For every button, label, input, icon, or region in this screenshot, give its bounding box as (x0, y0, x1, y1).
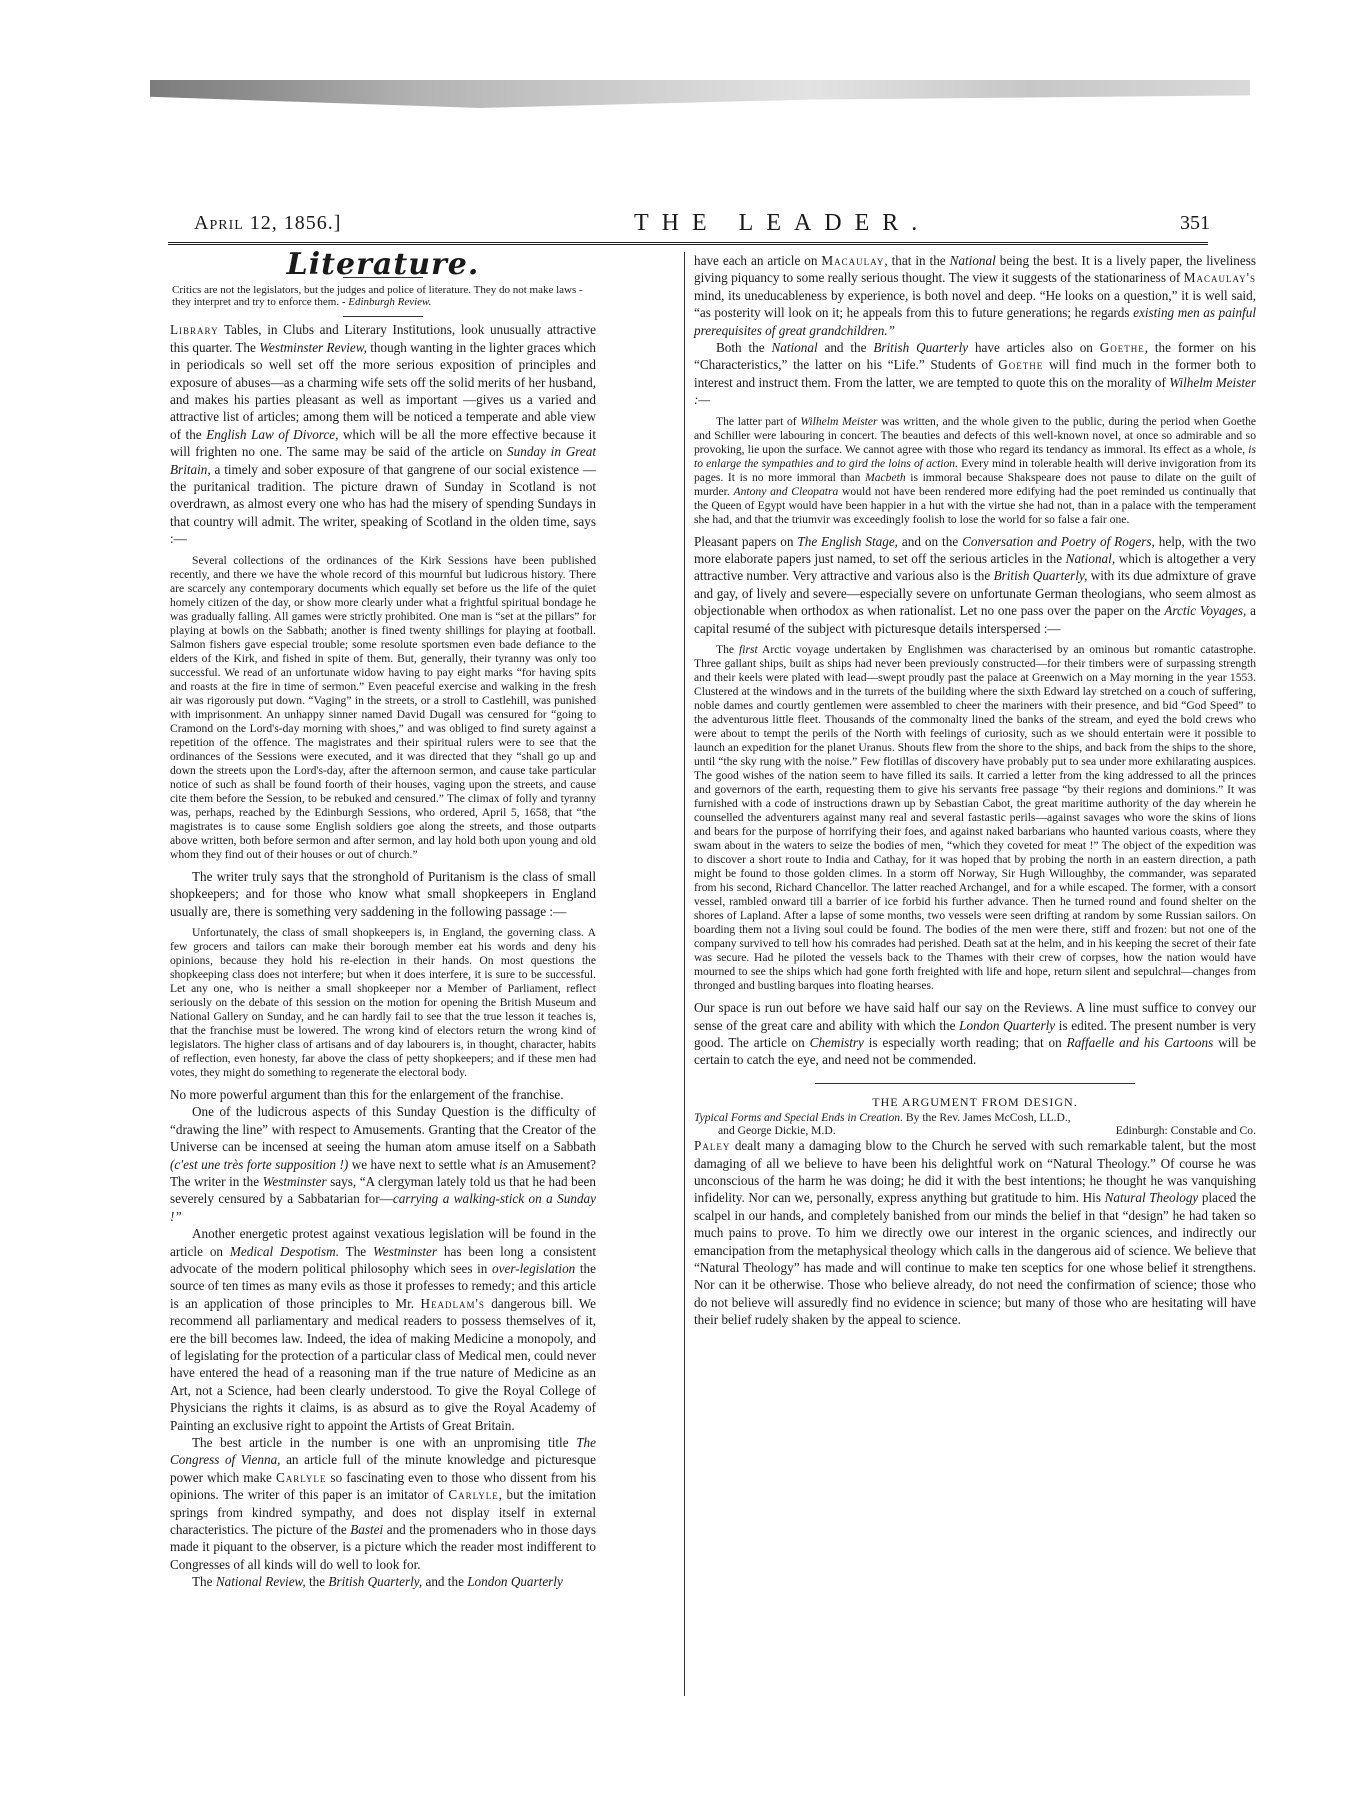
section-title: Literature. (170, 256, 596, 273)
paragraph: One of the ludicrous aspects of this Sun… (170, 1103, 596, 1225)
issue-date: April 12, 1856.] (194, 212, 341, 235)
paragraph: Another energetic protest against vexati… (170, 1225, 596, 1434)
page-number: 351 (1180, 212, 1210, 235)
review-body: Paley dealt many a damaging blow to the … (694, 1137, 1256, 1328)
paragraph: Both the National and the British Quarte… (694, 339, 1256, 409)
block-quote: The first Arctic voyage undertaken by En… (694, 643, 1256, 993)
epigraph-rule (343, 316, 423, 317)
book-title: Typical Forms and Special Ends in Creati… (694, 1111, 903, 1124)
left-column: Literature. Critics are not the legislat… (170, 252, 596, 1591)
block-quote: Unfortunately, the class of small shopke… (170, 926, 596, 1080)
masthead: April 12, 1856.] THE LEADER. 351 (194, 210, 1240, 240)
epigraph: Critics are not the legislators, but the… (170, 284, 596, 308)
epigraph-source: - Edinburgh Review. (342, 296, 432, 308)
paragraph: Library Tables, in Clubs and Literary In… (170, 321, 596, 547)
book-authors: By the Rev. James McCosh, LL.D., (903, 1111, 1071, 1124)
scan-artifact-band (150, 80, 1250, 108)
block-quote: The latter part of Wilhelm Meister was w… (694, 415, 1256, 527)
paragraph: No more powerful argument than this for … (170, 1086, 596, 1103)
paragraph: Pleasant papers on The English Stage, an… (694, 533, 1256, 637)
paragraph: have each an article on Macaulay, that i… (694, 252, 1256, 339)
paragraph: The best article in the number is one wi… (170, 1434, 596, 1573)
paragraph: The writer truly says that the stronghol… (170, 868, 596, 920)
book-coauthor: and George Dickie, M.D. (694, 1124, 836, 1137)
book-publisher: Edinburgh: Constable and Co. (1116, 1124, 1256, 1137)
drop-lead: Library (170, 322, 219, 337)
newspaper-title: THE LEADER. (634, 210, 930, 237)
paragraph: Our space is run out before we have said… (694, 999, 1256, 1069)
review-book-info: Typical Forms and Special Ends in Creati… (694, 1111, 1256, 1137)
block-quote: Several collections of the ordinances of… (170, 554, 596, 862)
paragraph: The National Review, the British Quarter… (170, 1573, 596, 1590)
article-rule (815, 1083, 1135, 1084)
column-divider (684, 252, 685, 1696)
right-column: have each an article on Macaulay, that i… (694, 252, 1256, 1329)
review-heading: THE ARGUMENT FROM DESIGN. (694, 1094, 1256, 1111)
